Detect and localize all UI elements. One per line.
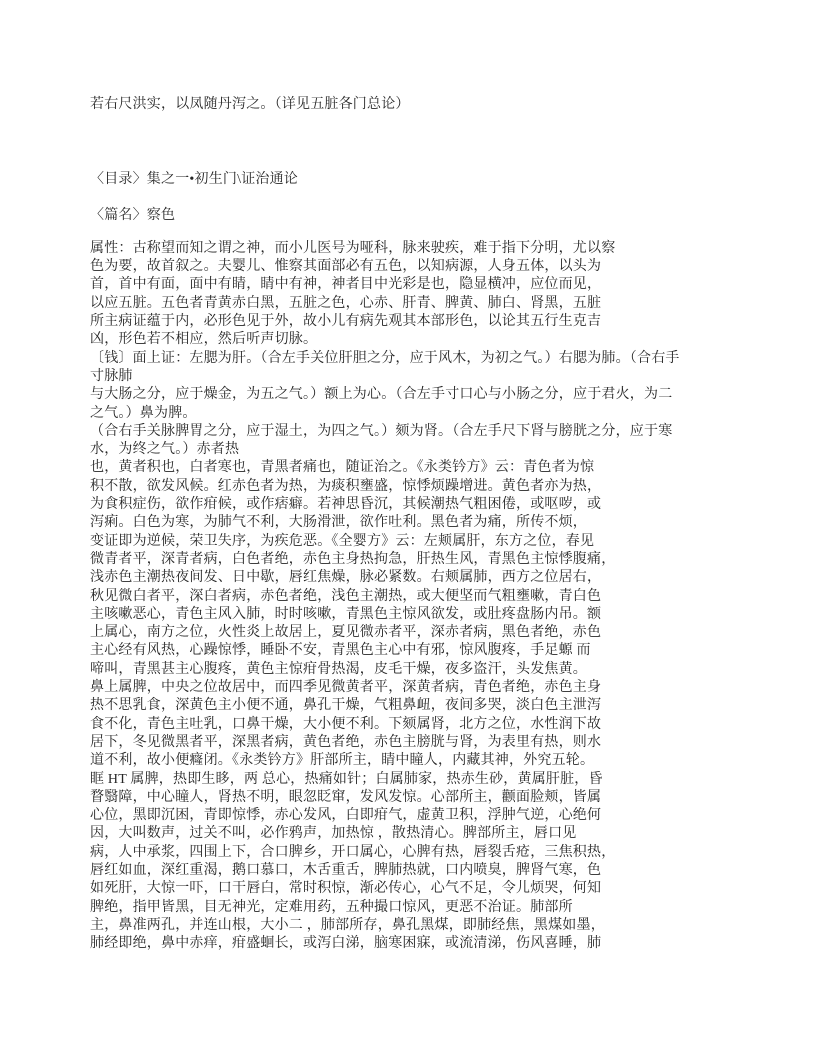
intro-line: 若右尺洪实，以凤随丹泻之。（详见五脏各门总论） — [90, 96, 730, 114]
catalog-breadcrumb-line: 〈目录〉集之一•初生门\证治通论 — [90, 171, 730, 189]
section-title-line: 〈篇名〉察色 — [90, 207, 730, 225]
body-paragraph: 属性：古称望而知之谓之神，而小儿医号为哑科，脉来驶疾，难于指下分明，尤以察 色为… — [90, 240, 730, 954]
document-page: 若右尺洪实，以凤随丹泻之。（详见五脏各门总论） 〈目录〉集之一•初生门\证治通论… — [0, 0, 816, 1056]
